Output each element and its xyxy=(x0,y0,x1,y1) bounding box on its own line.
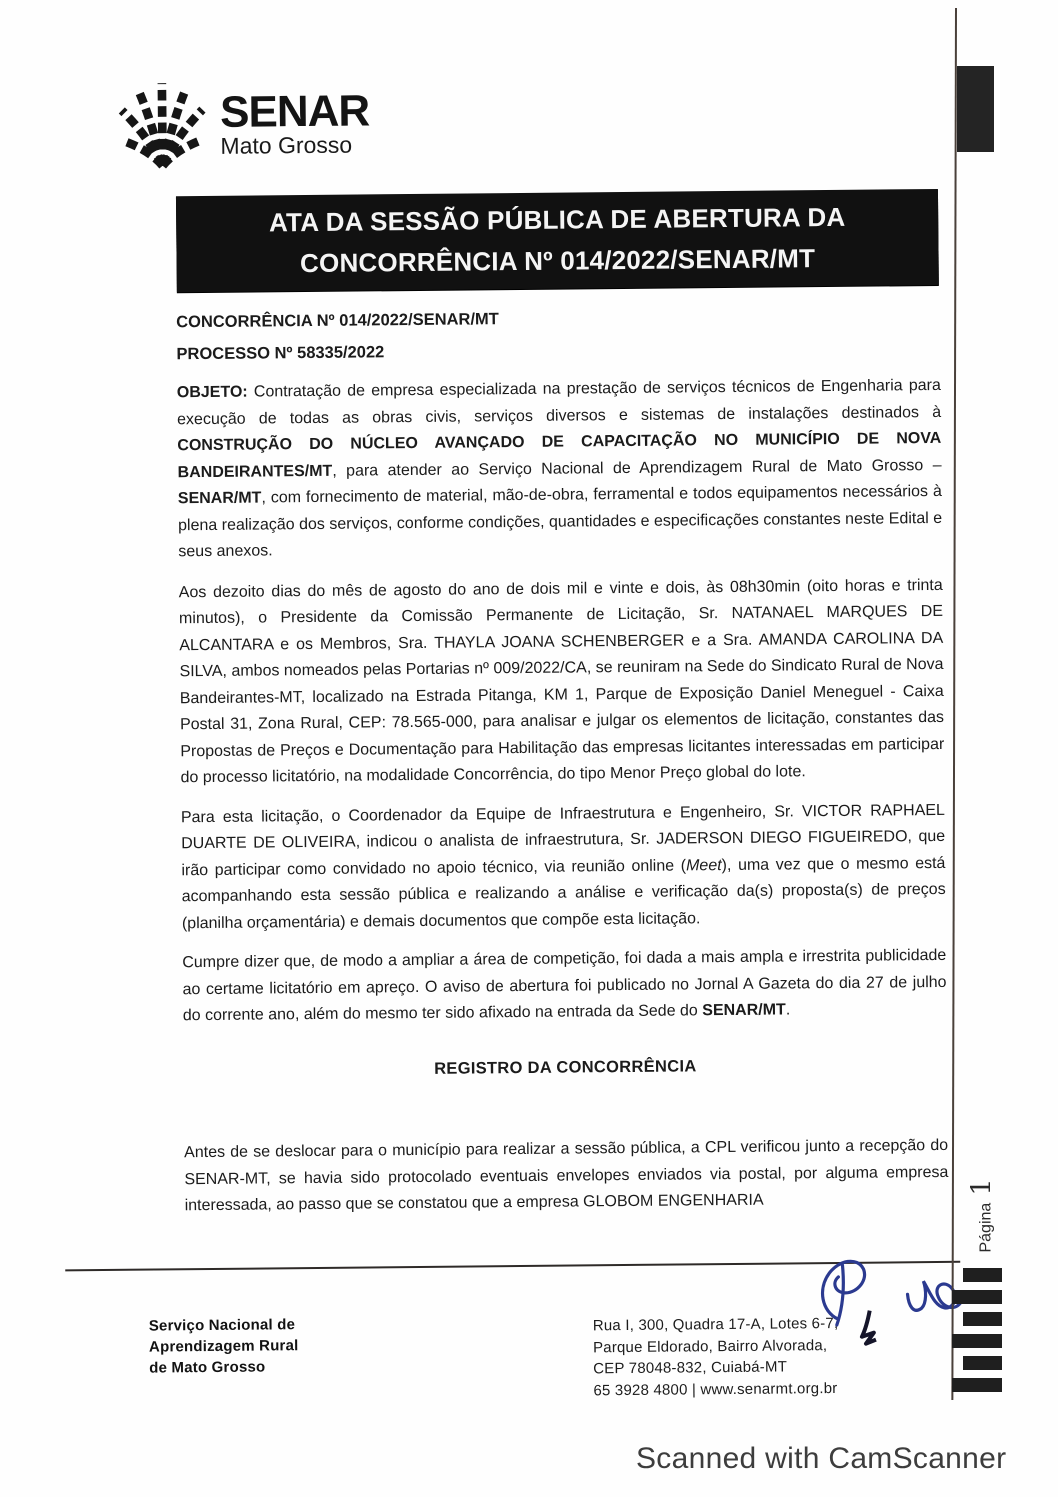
scan-barcode-mark xyxy=(952,1268,1002,1400)
objeto-bold-2: SENAR/MT xyxy=(178,489,262,507)
footer-left-line-3: de Mato Grosso xyxy=(149,1356,299,1378)
objeto-text-1: Contratação de empresa especializada na … xyxy=(177,377,941,428)
team-paragraph: Para esta licitação, o Coordenador da Eq… xyxy=(181,797,946,937)
senar-logo: SENAR Mato Grosso xyxy=(112,75,370,173)
logo-region: Mato Grosso xyxy=(220,132,369,157)
footer-left-line-1: Serviço Nacional de xyxy=(149,1314,299,1336)
camscanner-credit: Scanned with CamScanner xyxy=(636,1442,1006,1476)
barcode-bar xyxy=(952,1290,1002,1304)
banner-line-1: ATA DA SESSÃO PÚBLICA DE ABERTURA DA xyxy=(269,197,846,244)
barcode-bar xyxy=(963,1312,1002,1326)
banner-line-2: CONCORRÊNCIA Nº 014/2022/SENAR/MT xyxy=(300,238,815,284)
signature-pen-mark xyxy=(862,1311,876,1344)
process-line: PROCESSO Nº 58335/2022 xyxy=(176,333,940,367)
objeto-text-3: , com fornecimento de material, mão-de-o… xyxy=(178,483,942,560)
barcode-bar xyxy=(963,1356,1002,1370)
session-paragraph: Aos dezoito dias do mês de agosto do ano… xyxy=(179,572,945,791)
scan-content: SENAR Mato Grosso ATA DA SESSÃO PÚBLICA … xyxy=(0,0,1058,1497)
logo-brand: SENAR xyxy=(220,90,369,133)
objeto-label: OBJETO: xyxy=(177,384,248,402)
reference-line: CONCORRÊNCIA Nº 014/2022/SENAR/MT xyxy=(176,302,940,336)
logo-text: SENAR Mato Grosso xyxy=(220,90,370,157)
objeto-paragraph: OBJETO: Contratação de empresa especiali… xyxy=(177,373,943,566)
page-number-rotated: Página 1 xyxy=(967,1178,998,1252)
publicity-text-bold: SENAR/MT xyxy=(702,1001,786,1019)
page-label: Página xyxy=(978,1202,996,1252)
team-text-italic: Meet xyxy=(686,857,722,874)
publicity-text-pre: Cumpre dizer que, de modo a ampliar a ár… xyxy=(182,947,946,1024)
title-banner: ATA DA SESSÃO PÚBLICA DE ABERTURA DA CON… xyxy=(176,189,939,292)
footer-left-line-2: Aprendizagem Rural xyxy=(149,1335,299,1357)
signature-ink-marks xyxy=(795,1248,966,1355)
barcode-bar xyxy=(952,1378,1002,1392)
senar-wheat-icon xyxy=(112,77,213,174)
page-number: 1 xyxy=(967,1178,998,1195)
registro-paragraph: Antes de se deslocar para o município pa… xyxy=(184,1133,949,1220)
publicity-text-post: . xyxy=(786,1001,791,1018)
scanned-document-page: SENAR Mato Grosso ATA DA SESSÃO PÚBLICA … xyxy=(0,0,1058,1497)
section-heading: REGISTRO DA CONCORRÊNCIA xyxy=(183,1050,947,1084)
publicity-paragraph: Cumpre dizer que, de modo a ampliar a ár… xyxy=(182,943,947,1030)
page-number-sidebar: Página 1 xyxy=(958,1162,1006,1268)
signature-initial-1 xyxy=(822,1261,865,1325)
scan-corner-block xyxy=(957,66,994,152)
footer-right-line-4: 65 3928 4800 | www.senarmt.org.br xyxy=(593,1377,839,1401)
footer-address-left: Serviço Nacional de Aprendizagem Rural d… xyxy=(149,1314,299,1378)
objeto-text-2: , para atender ao Serviço Nacional de Ap… xyxy=(332,456,941,479)
document-body: CONCORRÊNCIA Nº 014/2022/SENAR/MT PROCES… xyxy=(176,302,949,1220)
barcode-bar xyxy=(963,1268,1002,1282)
barcode-bar xyxy=(952,1334,1002,1348)
footer-right-line-3: CEP 78048-832, Cuiabá-MT xyxy=(593,1356,839,1380)
